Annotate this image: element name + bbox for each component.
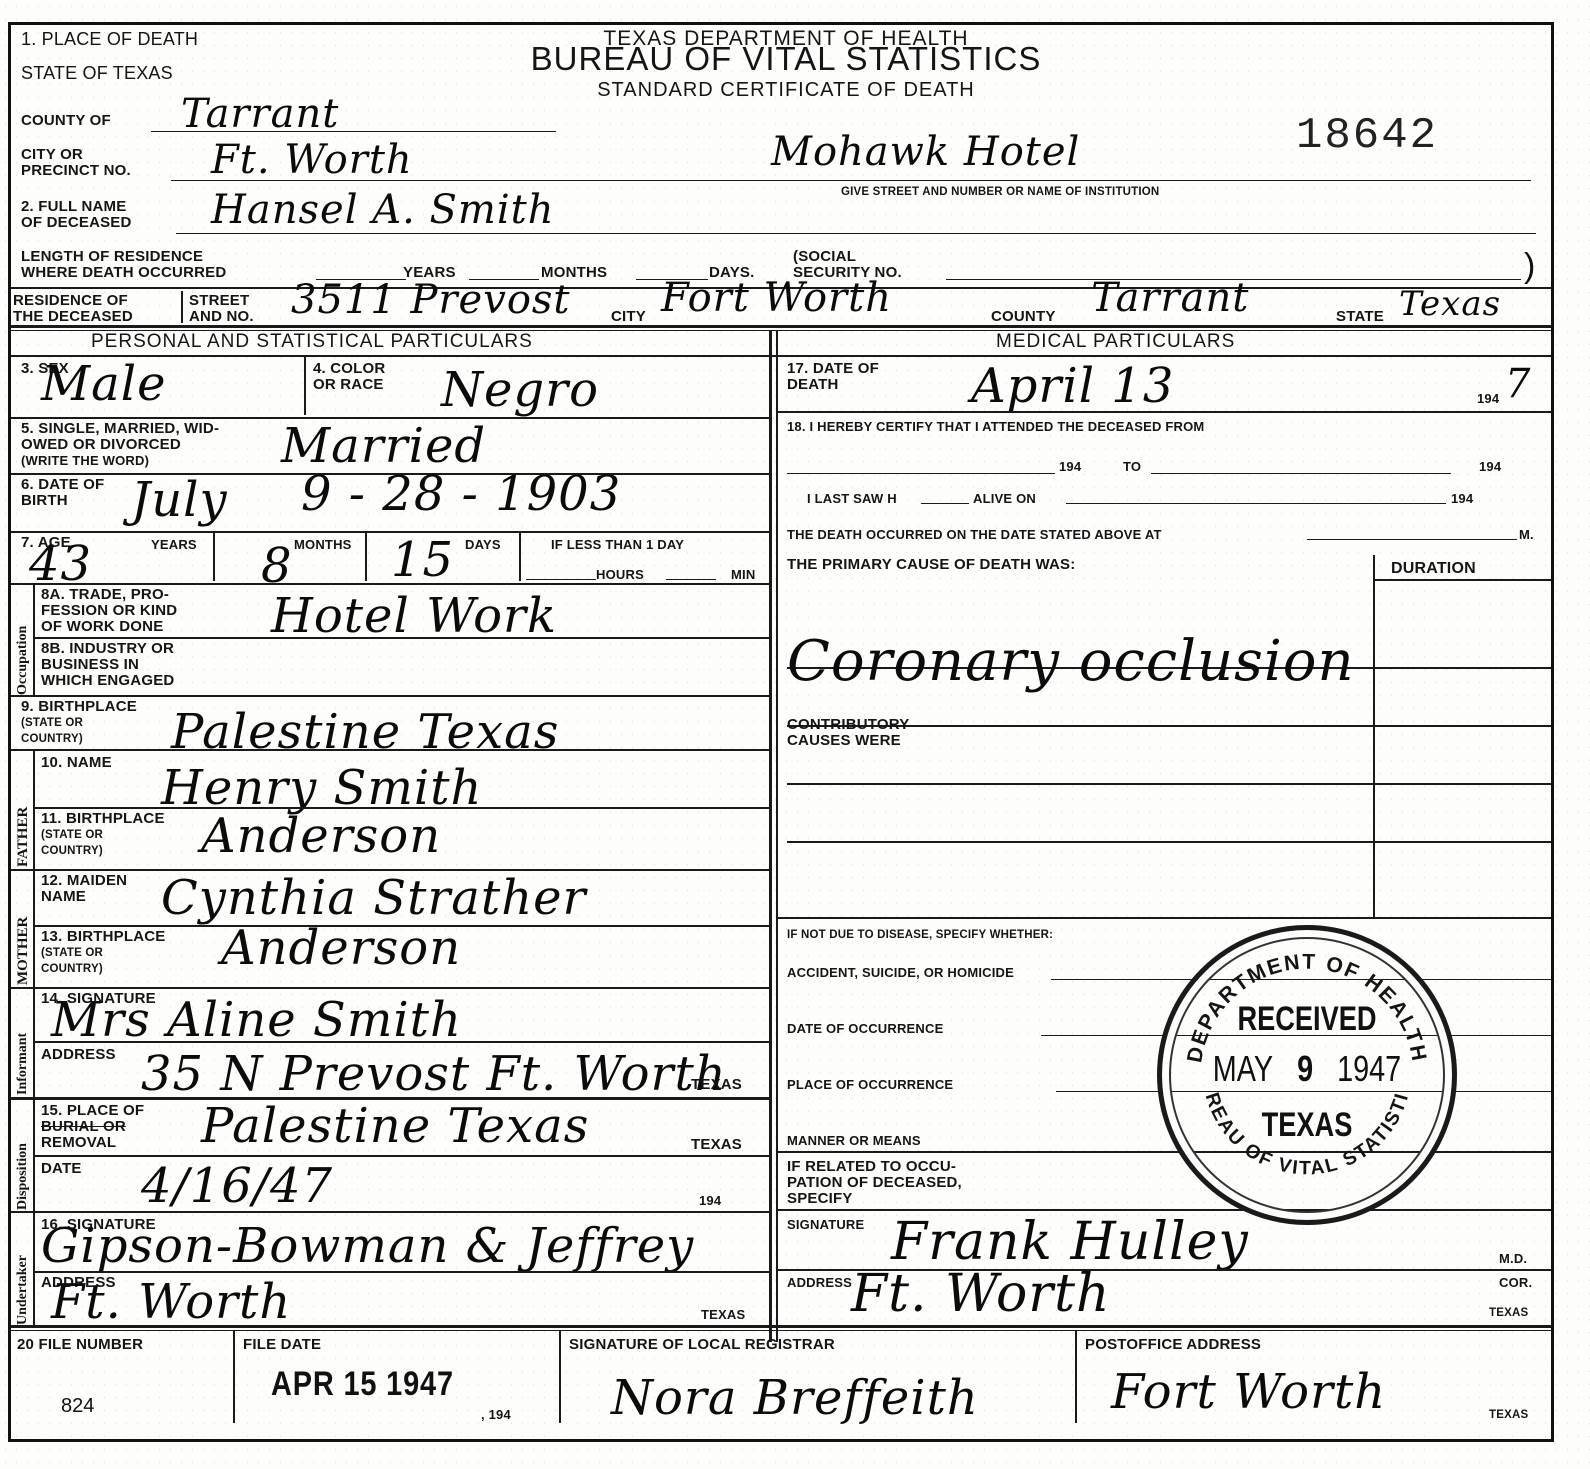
received-stamp: DEPARTMENT OF HEALTH BUREAU OF VITAL STA… xyxy=(1157,925,1457,1225)
mother-birthplace-label-1: 13. BIRTHPLACE xyxy=(41,929,166,945)
age-years-label: YEARS xyxy=(151,537,197,552)
physician-address-label: ADDRESS xyxy=(787,1275,852,1290)
burial-year-suffix: 194 xyxy=(699,1193,721,1208)
father-side-label: FATHER xyxy=(15,807,32,867)
mother-name-label-2: NAME xyxy=(41,889,86,905)
dod-value: April 13 xyxy=(971,365,1174,407)
contributory-label-1: CONTRIBUTORY xyxy=(787,717,909,733)
to-year-label: 194 xyxy=(1479,459,1501,474)
physician-address-value: Ft. Worth xyxy=(851,1273,1111,1315)
primary-cause-label: THE PRIMARY CAUSE OF DEATH WAS: xyxy=(787,557,1075,573)
form-title: STANDARD CERTIFICATE OF DEATH xyxy=(531,82,1041,98)
registrar-signature-value: Nora Breffeith xyxy=(611,1377,979,1419)
physician-state-label: TEXAS xyxy=(1489,1307,1528,1320)
dod-year-suffix: 7 xyxy=(1505,363,1531,405)
marital-label-3: (WRITE THE WORD) xyxy=(21,453,149,468)
county-of-label: COUNTY OF xyxy=(21,113,111,129)
physician-signature-label: SIGNATURE xyxy=(787,1217,864,1232)
bureau-title: BUREAU OF VITAL STATISTICS xyxy=(481,51,1091,67)
age-days-value: 15 xyxy=(391,539,454,581)
father-birthplace-label-1: 11. BIRTHPLACE xyxy=(41,811,165,827)
birthplace-label-1: 9. BIRTHPLACE xyxy=(21,699,137,715)
stamp-year: 1947 xyxy=(1337,1048,1401,1089)
occurrence-place-label: PLACE OF OCCURRENCE xyxy=(787,1077,953,1092)
mother-birthplace-value: Anderson xyxy=(221,927,461,969)
less-than-day-label: IF LESS THAN 1 DAY xyxy=(551,537,684,552)
burial-label-2: BURIAL OR xyxy=(41,1119,126,1135)
city-label-2: PRECINCT NO. xyxy=(21,163,131,179)
disposition-side-label: Disposition xyxy=(15,1143,31,1210)
burial-date-value: 4/16/47 xyxy=(141,1165,333,1207)
occupation-related-label-2: PATION OF DECEASED, xyxy=(787,1175,962,1191)
birthplace-value: Palestine Texas xyxy=(171,711,559,753)
city-label-1: CITY OR xyxy=(21,147,83,163)
burial-state-label: TEXAS xyxy=(691,1137,742,1153)
father-birthplace-value: Anderson xyxy=(201,815,441,857)
cor-label: COR. xyxy=(1499,1275,1532,1290)
residence-length-label-2: WHERE DEATH OCCURRED xyxy=(21,265,226,281)
birthplace-label-2: (STATE OR xyxy=(21,717,83,730)
from-year-label: 194 xyxy=(1059,459,1081,474)
residence-label-2: THE DECEASED xyxy=(13,309,133,325)
institution-value: Mohawk Hotel xyxy=(771,131,1080,173)
father-name-value: Henry Smith xyxy=(161,767,482,809)
trade-label-2: FESSION OR KIND xyxy=(41,603,177,619)
to-label: TO xyxy=(1123,459,1141,474)
trade-label-1: 8A. TRADE, PRO- xyxy=(41,587,169,603)
undertaker-state-label: TEXAS xyxy=(701,1307,745,1322)
dod-label-2: DEATH xyxy=(787,377,839,393)
age-months-value: 8 xyxy=(261,545,293,587)
full-name-label-1: 2. FULL NAME xyxy=(21,199,126,215)
father-birthplace-label-2: (STATE OR xyxy=(41,829,103,842)
dob-label-2: BIRTH xyxy=(21,493,68,509)
industry-label-1: 8B. INDUSTRY OR xyxy=(41,641,174,657)
personal-section-title: PERSONAL AND STATISTICAL PARTICULARS xyxy=(91,334,533,350)
age-months-label: MONTHS xyxy=(294,537,352,552)
undertaker-signature-value: Gipson-Bowman & Jeffrey xyxy=(41,1225,694,1267)
industry-label-3: WHICH ENGAGED xyxy=(41,673,174,689)
father-birthplace-label-3: COUNTRY) xyxy=(41,845,103,858)
dod-label-1: 17. DATE OF xyxy=(787,361,879,377)
file-number-label: 20 FILE NUMBER xyxy=(17,1337,143,1353)
informant-address-label: ADDRESS xyxy=(41,1047,116,1063)
stamp-received: RECEIVED xyxy=(1191,1000,1423,1039)
dob-label-1: 6. DATE OF xyxy=(21,477,104,493)
min-label: MIN xyxy=(731,567,755,582)
stamp-month: MAY xyxy=(1213,1048,1273,1089)
mother-birthplace-label-2: (STATE OR xyxy=(41,947,103,960)
informant-side-label: Informant xyxy=(15,1033,31,1095)
trade-value: Hotel Work xyxy=(271,595,557,637)
primary-cause-value: Coronary occlusion xyxy=(787,641,1355,683)
age-days-label: DAYS xyxy=(465,537,501,552)
death-time-suffix: M. xyxy=(1519,527,1534,542)
duration-label: DURATION xyxy=(1391,561,1476,577)
informant-signature-value: Mrs Aline Smith xyxy=(51,999,462,1041)
mother-name-value: Cynthia Strather xyxy=(161,877,586,919)
race-label-2: OR RACE xyxy=(313,377,384,393)
death-time-label: THE DEATH OCCURRED ON THE DATE STATED AB… xyxy=(787,527,1162,542)
file-date-label: FILE DATE xyxy=(243,1337,321,1353)
place-of-death-label: 1. PLACE OF DEATH xyxy=(21,31,198,47)
certify-label: 18. I HEREBY CERTIFY THAT I ATTENDED THE… xyxy=(787,419,1204,434)
physician-signature-value: Frank Hulley xyxy=(891,1221,1249,1263)
dob-rest-value: 9 - 28 - 1903 xyxy=(301,473,621,515)
death-certificate: 1. PLACE OF DEATH STATE OF TEXAS TEXAS D… xyxy=(8,22,1554,1442)
dod-year-prefix: 194 xyxy=(1477,391,1499,406)
file-number-value: 824 xyxy=(61,1395,94,1418)
burial-label-3: REMOVAL xyxy=(41,1135,116,1151)
state-of-texas-label: STATE OF TEXAS xyxy=(21,65,173,81)
residence-county-value: Tarrant xyxy=(1091,277,1249,319)
ssn-label-1: (SOCIAL xyxy=(793,249,856,265)
hours-label: HOURS xyxy=(596,567,644,582)
occurrence-date-label: DATE OF OCCURRENCE xyxy=(787,1021,943,1036)
registrar-label: SIGNATURE OF LOCAL REGISTRAR xyxy=(569,1337,835,1353)
mother-name-label-1: 12. MAIDEN xyxy=(41,873,127,889)
mother-side-label: MOTHER xyxy=(15,917,32,985)
contributory-label-2: CAUSES WERE xyxy=(787,733,901,749)
marital-value: Married xyxy=(281,425,486,467)
last-saw-label: I LAST SAW H xyxy=(807,491,897,506)
residence-label-1: RESIDENCE OF xyxy=(13,293,128,309)
street-label-2: AND NO. xyxy=(189,309,254,325)
full-name-label-2: OF DECEASED xyxy=(21,215,132,231)
birthplace-label-3: COUNTRY) xyxy=(21,733,83,746)
residence-city-label: CITY xyxy=(611,309,646,325)
postoffice-state: TEXAS xyxy=(1489,1409,1528,1422)
residence-county-label: COUNTY xyxy=(991,309,1056,325)
marital-label-1: 5. SINGLE, MARRIED, WID- xyxy=(21,421,219,437)
file-date-suffix: , 194 xyxy=(481,1407,511,1422)
alive-on-label: ALIVE ON xyxy=(973,491,1036,506)
accident-label: ACCIDENT, SUICIDE, OR HOMICIDE xyxy=(787,965,1014,980)
industry-label-2: BUSINESS IN xyxy=(41,657,139,673)
ssn-close-paren: ) xyxy=(1524,247,1535,286)
not-disease-label: IF NOT DUE TO DISEASE, SPECIFY WHETHER: xyxy=(787,929,1053,942)
marital-label-2: OWED OR DIVORCED xyxy=(21,437,181,453)
stamp-day: 9 xyxy=(1297,1048,1313,1089)
race-value: Negro xyxy=(441,369,599,411)
sex-value: Male xyxy=(41,363,167,405)
occupation-related-label-1: IF RELATED TO OCCU- xyxy=(787,1159,956,1175)
undertaker-address-value: Ft. Worth xyxy=(51,1281,291,1323)
postoffice-value: Fort Worth xyxy=(1111,1371,1386,1413)
stamp-date: MAY 9 1947 xyxy=(1191,1048,1423,1090)
mother-birthplace-label-3: COUNTRY) xyxy=(41,963,103,976)
alive-year-label: 194 xyxy=(1451,491,1473,506)
deceased-name-value: Hansel A. Smith xyxy=(211,189,554,231)
institution-label: GIVE STREET AND NUMBER OR NAME OF INSTIT… xyxy=(841,186,1159,199)
medical-section-title: MEDICAL PARTICULARS xyxy=(996,334,1235,350)
occupation-side-label: Occupation xyxy=(15,626,31,695)
md-label: M.D. xyxy=(1499,1251,1527,1266)
dob-month-value: July xyxy=(131,479,228,521)
undertaker-side-label: Undertaker xyxy=(15,1255,31,1325)
city-value: Ft. Worth xyxy=(211,139,413,181)
informant-state-label: TEXAS xyxy=(691,1077,742,1093)
trade-label-3: OF WORK DONE xyxy=(41,619,163,635)
certificate-number: 18642 xyxy=(1296,111,1438,161)
street-label-1: STREET xyxy=(189,293,249,309)
file-date-value: APR 15 1947 xyxy=(271,1365,454,1404)
father-name-label: 10. NAME xyxy=(41,755,112,771)
manner-label: MANNER OR MEANS xyxy=(787,1133,921,1148)
occupation-related-label-3: SPECIFY xyxy=(787,1191,853,1207)
residence-state-label: STATE xyxy=(1336,309,1384,325)
burial-place-value: Palestine Texas xyxy=(201,1105,589,1147)
postoffice-label: POSTOFFICE ADDRESS xyxy=(1085,1337,1261,1353)
burial-label-1: 15. PLACE OF xyxy=(41,1103,144,1119)
stamp-state: TEXAS xyxy=(1191,1106,1423,1145)
informant-address-value: 35 N Prevost Ft. Worth xyxy=(141,1053,727,1095)
age-years-value: 43 xyxy=(29,543,92,585)
burial-date-label: DATE xyxy=(41,1161,82,1177)
residence-state-value: Texas xyxy=(1399,283,1501,325)
residence-city-value: Fort Worth xyxy=(661,277,892,319)
residence-length-label-1: LENGTH OF RESIDENCE xyxy=(21,249,203,265)
race-label-1: 4. COLOR xyxy=(313,361,385,377)
county-value: Tarrant xyxy=(181,93,339,135)
residence-street-value: 3511 Prevost xyxy=(291,279,571,321)
